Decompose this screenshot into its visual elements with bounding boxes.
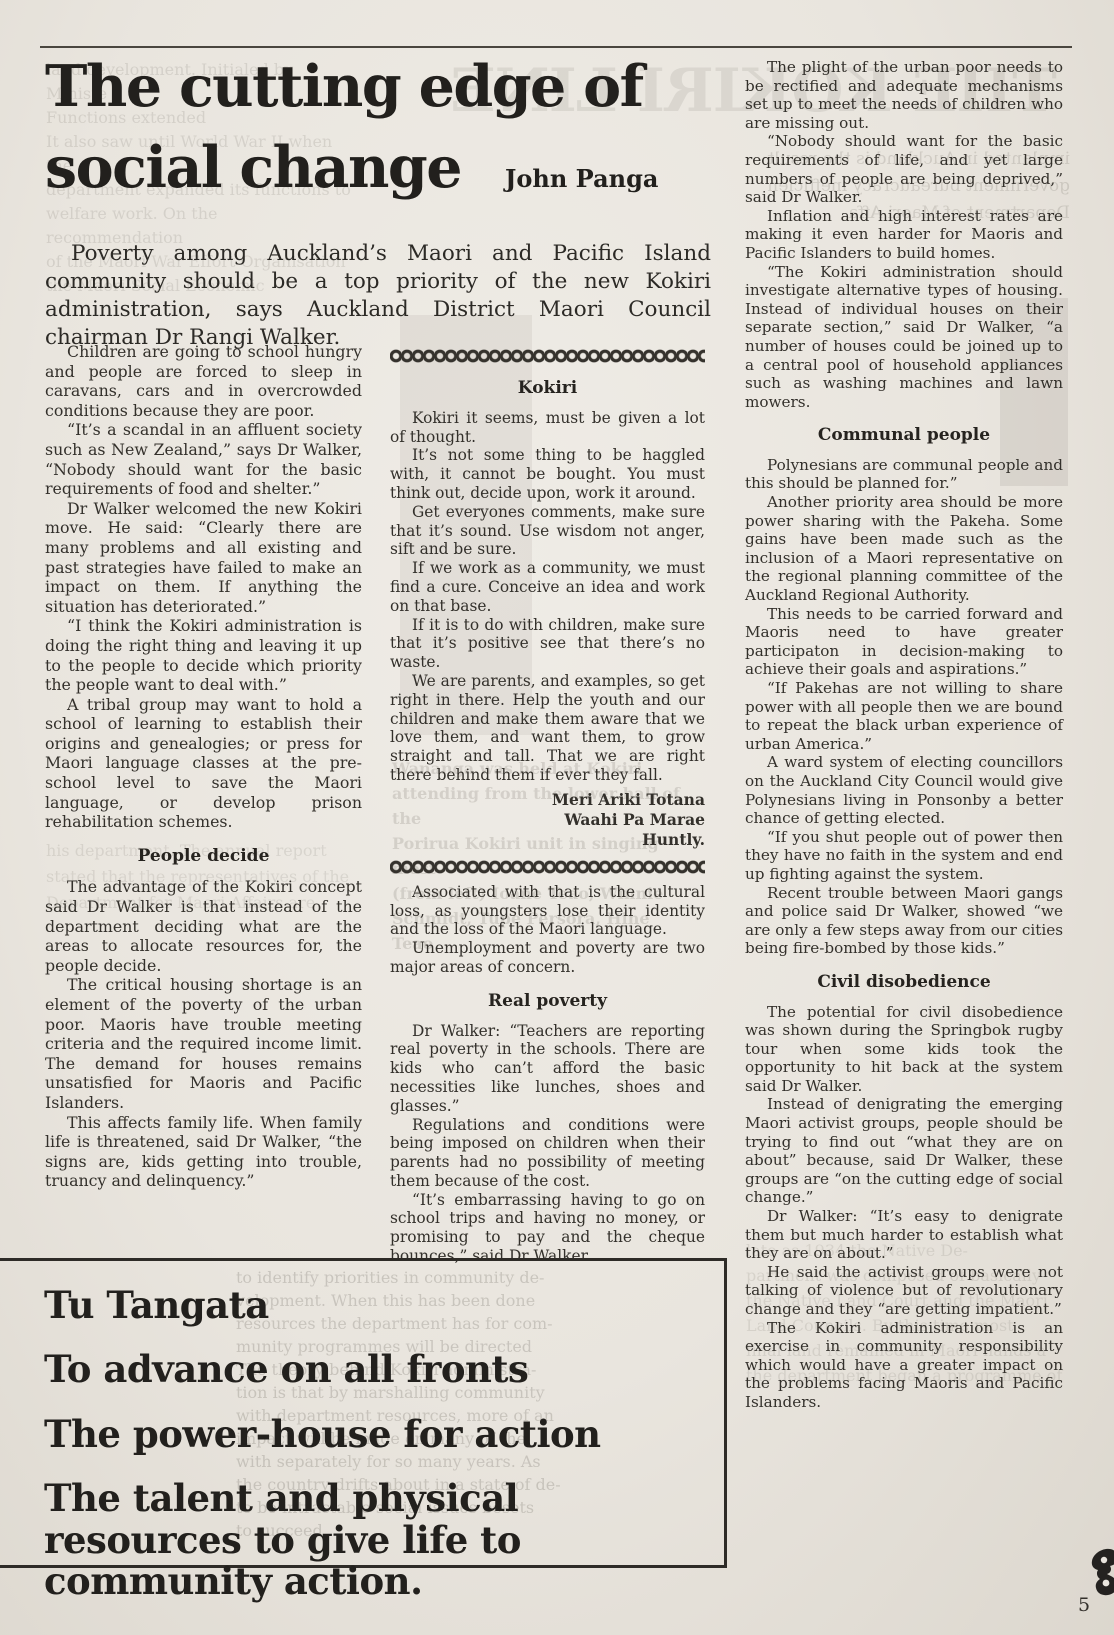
feature-box-line: The talent and physical resources to giv…: [44, 1478, 704, 1602]
signature-line: Meri Ariki Totana: [390, 790, 705, 810]
newspaper-page: THE KOKIRI LINE implanted in Auckland is…: [0, 0, 1114, 1635]
article-paragraph: “If you shut people out of power then th…: [745, 828, 1063, 884]
article-paragraph: Recent trouble between Maori gangs and p…: [745, 884, 1063, 958]
article-paragraph: Another priority area should be more pow…: [745, 493, 1063, 605]
signature-block: Meri Ariki TotanaWaahi Pa MaraeHuntly.: [390, 790, 705, 850]
right-column: The plight of the urban poor needs to be…: [745, 58, 1063, 1412]
byline: John Panga: [505, 164, 658, 193]
article-paragraph: “I think the Kokiri administration is do…: [45, 616, 362, 694]
koru-glyph: [1085, 1548, 1114, 1600]
article-paragraph: It’s not some thing to be haggled with, …: [390, 446, 705, 502]
headline-line-2: social change: [45, 139, 461, 196]
middle-column: KokiriKokiri it seems, must be given a l…: [390, 342, 705, 1266]
article-paragraph: If it is to do with children, make sure …: [390, 616, 705, 672]
article-paragraph: “The Kokiri administration should invest…: [745, 263, 1063, 412]
feature-box-line: The power-house for action: [44, 1414, 704, 1455]
page-number: 5: [1078, 1594, 1090, 1616]
article-paragraph: “If Pakehas are not willing to share pow…: [745, 679, 1063, 753]
article-paragraph: Children are going to school hungry and …: [45, 342, 362, 420]
article-paragraph: The critical housing shortage is an elem…: [45, 975, 362, 1112]
chain-divider: [390, 348, 705, 364]
article-paragraph: This needs to be carried forward and Mao…: [745, 605, 1063, 679]
article-paragraph: The potential for civil disobedience was…: [745, 1003, 1063, 1096]
article-paragraph: If we work as a community, we must find …: [390, 559, 705, 615]
section-heading: Civil disobedience: [745, 973, 1063, 992]
article-paragraph: Kokiri it seems, must be given a lot of …: [390, 409, 705, 447]
left-column: Children are going to school hungry and …: [45, 342, 362, 1191]
article-paragraph: The Kokiri administration is an exercise…: [745, 1319, 1063, 1412]
article-paragraph: We are parents, and examples, so get rig…: [390, 672, 705, 785]
article-paragraph: Associated with that is the cultural los…: [390, 883, 705, 939]
signature-line: Huntly.: [390, 830, 705, 850]
article-paragraph: This affects family life. When family li…: [45, 1113, 362, 1191]
article-paragraph: “It’s a scandal in an affluent society s…: [45, 420, 362, 498]
section-heading: People decide: [45, 847, 362, 867]
article-headline: The cutting edge of social change John P…: [45, 58, 713, 196]
section-heading: Real poverty: [390, 992, 705, 1011]
headline-line-1: The cutting edge of: [45, 58, 713, 115]
top-rule: [40, 46, 1072, 48]
chain-divider: [390, 859, 705, 875]
article-paragraph: The advantage of the Kokiri concept said…: [45, 877, 362, 975]
article-paragraph: “It’s embarrassing having to go on schoo…: [390, 1191, 705, 1266]
article-paragraph: Regulations and conditions were being im…: [390, 1116, 705, 1191]
feature-box-line: Tu Tangata: [44, 1285, 704, 1326]
feature-box-line: To advance on all fronts: [44, 1349, 704, 1390]
section-heading: Kokiri: [390, 379, 705, 398]
article-paragraph: He said the activist groups were not tal…: [745, 1263, 1063, 1319]
article-paragraph: “Nobody should want for the basic requir…: [745, 132, 1063, 206]
article-paragraph: Get everyones comments, make sure that i…: [390, 503, 705, 559]
article-paragraph: A tribal group may want to hold a school…: [45, 695, 362, 832]
article-paragraph: A ward system of electing councillors on…: [745, 753, 1063, 827]
article-paragraph: Inflation and high interest rates are ma…: [745, 207, 1063, 263]
article-paragraph: Dr Walker: “Teachers are reporting real …: [390, 1022, 705, 1116]
feature-box: Tu TangataTo advance on all frontsThe po…: [0, 1258, 727, 1568]
lead-paragraph: Poverty among Auckland’s Maori and Pacif…: [45, 240, 711, 352]
article-paragraph: Dr Walker: “It’s easy to denigrate them …: [745, 1207, 1063, 1263]
signature-line: Waahi Pa Marae: [390, 810, 705, 830]
section-heading: Communal people: [745, 426, 1063, 445]
article-paragraph: Dr Walker welcomed the new Kokiri move. …: [45, 499, 362, 617]
article-paragraph: Polynesians are communal people and this…: [745, 456, 1063, 493]
article-paragraph: Instead of denigrating the emerging Maor…: [745, 1095, 1063, 1207]
article-paragraph: Unemployment and poverty are two major a…: [390, 939, 705, 977]
article-paragraph: The plight of the urban poor needs to be…: [745, 58, 1063, 132]
